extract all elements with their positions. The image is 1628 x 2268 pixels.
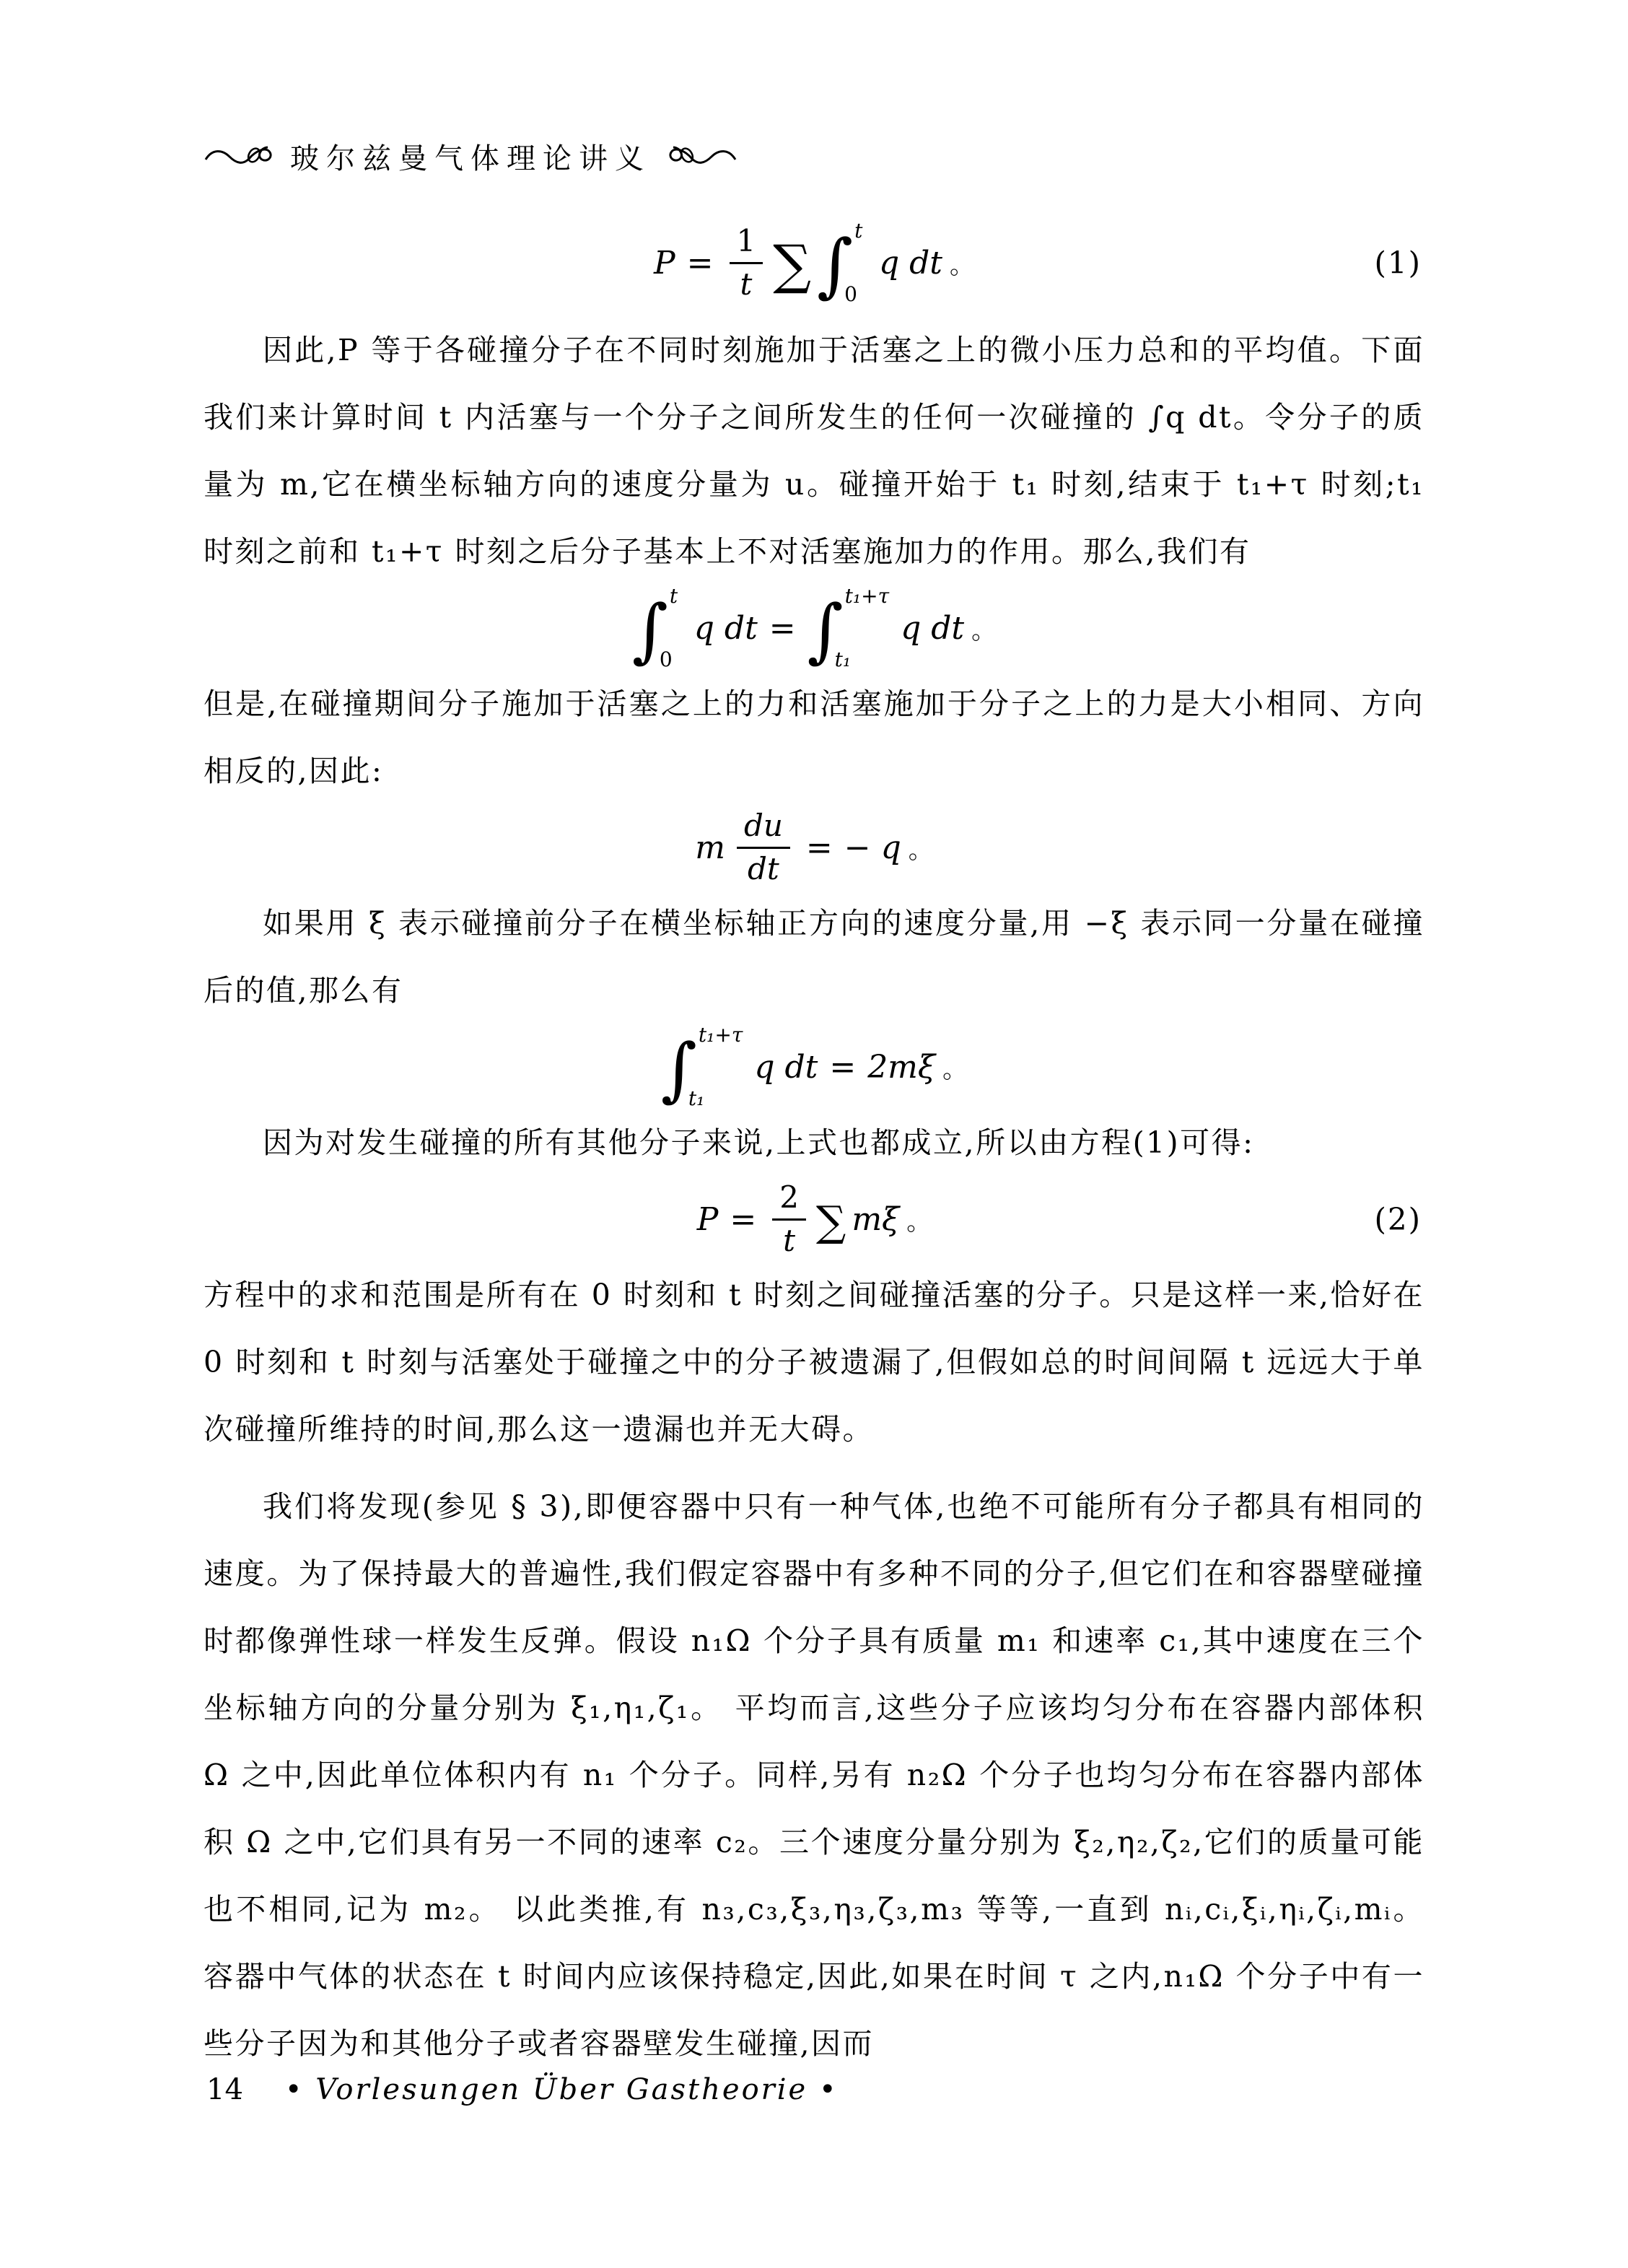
eq3-fraction: du dt <box>737 808 790 886</box>
eq1-period: 。 <box>950 245 974 281</box>
eq5-equals: = <box>730 1201 756 1238</box>
paragraph-3: 如果用 ξ 表示碰撞前分子在横坐标轴正方向的速度分量,用 −ξ 表示同一分量在碰… <box>203 890 1424 1024</box>
eq5-rhs: mξ <box>852 1201 899 1238</box>
eq2-left-body: q dt <box>694 610 758 647</box>
eq3-rhs: − q <box>844 829 901 866</box>
eq4-equals: = <box>829 1049 856 1086</box>
eq1-lhs: P <box>654 245 675 282</box>
eq2-equals: = <box>769 610 796 647</box>
equation-1: P = 1 t ∑ ∫ t 0 q dt 。 (1) <box>203 209 1424 317</box>
book-title: • Vorlesungen Über Gastheorie • <box>285 2073 839 2106</box>
equation-3: m du dt = − q 。 <box>203 805 1424 890</box>
equation-4: ∫ t₁+τ t₁ q dt = 2mξ 。 <box>203 1024 1424 1109</box>
page-number: 14 <box>206 2073 243 2106</box>
flourish-left-icon <box>203 140 276 173</box>
paragraph-2: 但是,在碰撞期间分子施加于活塞之上的力和活塞施加于分子之上的力是大小相同、方向相… <box>203 671 1424 805</box>
eq3-period: 。 <box>909 830 933 865</box>
paragraph-1: 因此,P 等于各碰撞分子在不同时刻施加于活塞之上的微小压力总和的平均值。下面我们… <box>203 317 1424 585</box>
eq4-body: q dt <box>754 1049 818 1086</box>
eq4-integral-limits: t₁+τ t₁ <box>699 1028 743 1106</box>
header-title: 玻尔兹曼气体理论讲义 <box>290 136 651 177</box>
eq5-lhs: P <box>697 1201 719 1238</box>
eq2-period: 。 <box>971 611 996 646</box>
eq4-period: 。 <box>942 1050 967 1085</box>
eq2-right-limits: t₁+τ t₁ <box>845 589 889 667</box>
eq5-period: 。 <box>906 1202 931 1237</box>
eq2-right-body: q dt <box>901 610 964 647</box>
eq1-body: q dt <box>879 245 942 282</box>
equation-5: P = 2 t ∑ mξ 。 (2) <box>203 1177 1424 1262</box>
paragraph-6: 我们将发现(参见 § 3),即便容器中只有一种气体,也绝不可能所有分子都具有相同… <box>203 1473 1424 2077</box>
sum-icon: ∑ <box>816 1203 846 1240</box>
paragraph-4: 因为对发生碰撞的所有其他分子来说,上式也都成立,所以由方程(1)可得: <box>203 1109 1424 1177</box>
page-footer: 14 • Vorlesungen Über Gastheorie • <box>206 2073 839 2106</box>
eq1-integral-limits: t 0 <box>854 224 867 302</box>
eq4-rhs: 2mξ <box>867 1049 935 1086</box>
equation-2-number: (2) <box>1375 1202 1422 1237</box>
equation-2: ∫ t 0 q dt = ∫ t₁+τ t₁ q dt 。 <box>203 585 1424 671</box>
sum-icon: ∑ <box>773 241 811 289</box>
equation-1-number: (1) <box>1375 245 1422 281</box>
page-header: 玻尔兹曼气体理论讲义 <box>203 0 1424 177</box>
eq3-equals: = <box>806 829 833 866</box>
eq1-fraction: 1 t <box>730 224 763 302</box>
eq1-equals: = <box>687 245 714 282</box>
flourish-right-icon <box>665 140 738 173</box>
eq5-fraction: 2 t <box>772 1180 806 1258</box>
book-page: 玻尔兹曼气体理论讲义 P = 1 t ∑ ∫ t 0 q dt 。 (1) <box>203 0 1424 2268</box>
paragraph-5: 方程中的求和范围是所有在 0 时刻和 t 时刻之间碰撞活塞的分子。只是这样一来,… <box>203 1262 1424 1463</box>
eq3-lhs: m <box>695 829 725 866</box>
eq2-left-limits: t 0 <box>670 589 683 667</box>
